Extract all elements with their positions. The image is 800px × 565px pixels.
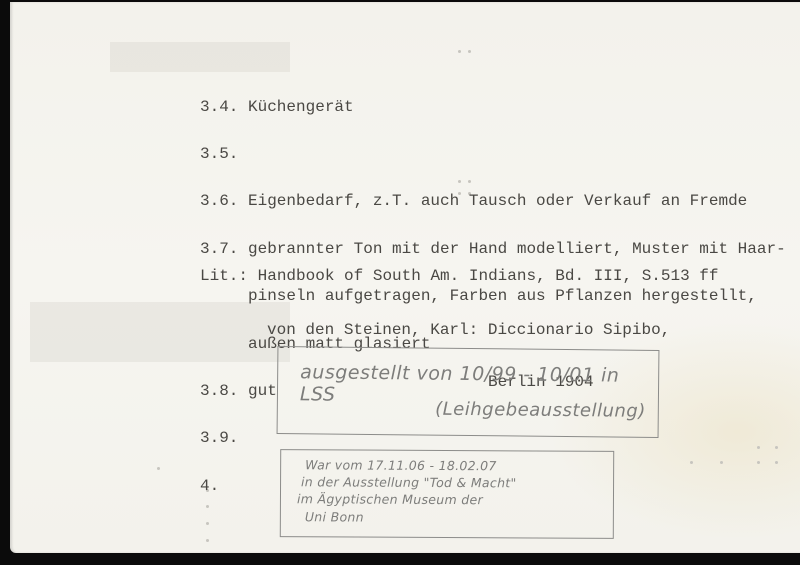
literature-entry: Lit.: Handbook of South Am. Indians, Bd.… <box>200 267 719 285</box>
punch-mark <box>206 539 209 542</box>
index-card: 3.4.Küchengerät 3.5. 3.6.Eigenbedarf, z.… <box>10 2 800 553</box>
literature-label: Lit.: <box>200 267 248 285</box>
punch-mark <box>157 467 160 470</box>
punch-mark <box>468 50 471 53</box>
handwritten-note-exhibition-lss: ausgestellt von 10/99 - 10/01 in LSS (Le… <box>277 346 660 438</box>
entry-3-5: 3.5. <box>200 147 786 163</box>
punch-mark <box>458 50 461 53</box>
literature-entry: von den Steinen, Karl: Diccionario Sipib… <box>200 321 719 339</box>
entry-3-6: 3.6.Eigenbedarf, z.T. auch Tausch oder V… <box>200 194 786 210</box>
entry-3-4: 3.4.Küchengerät <box>200 100 786 116</box>
handwritten-note-exhibition-bonn: War vom 17.11.06 - 18.02.07 in der Ausst… <box>280 449 614 539</box>
